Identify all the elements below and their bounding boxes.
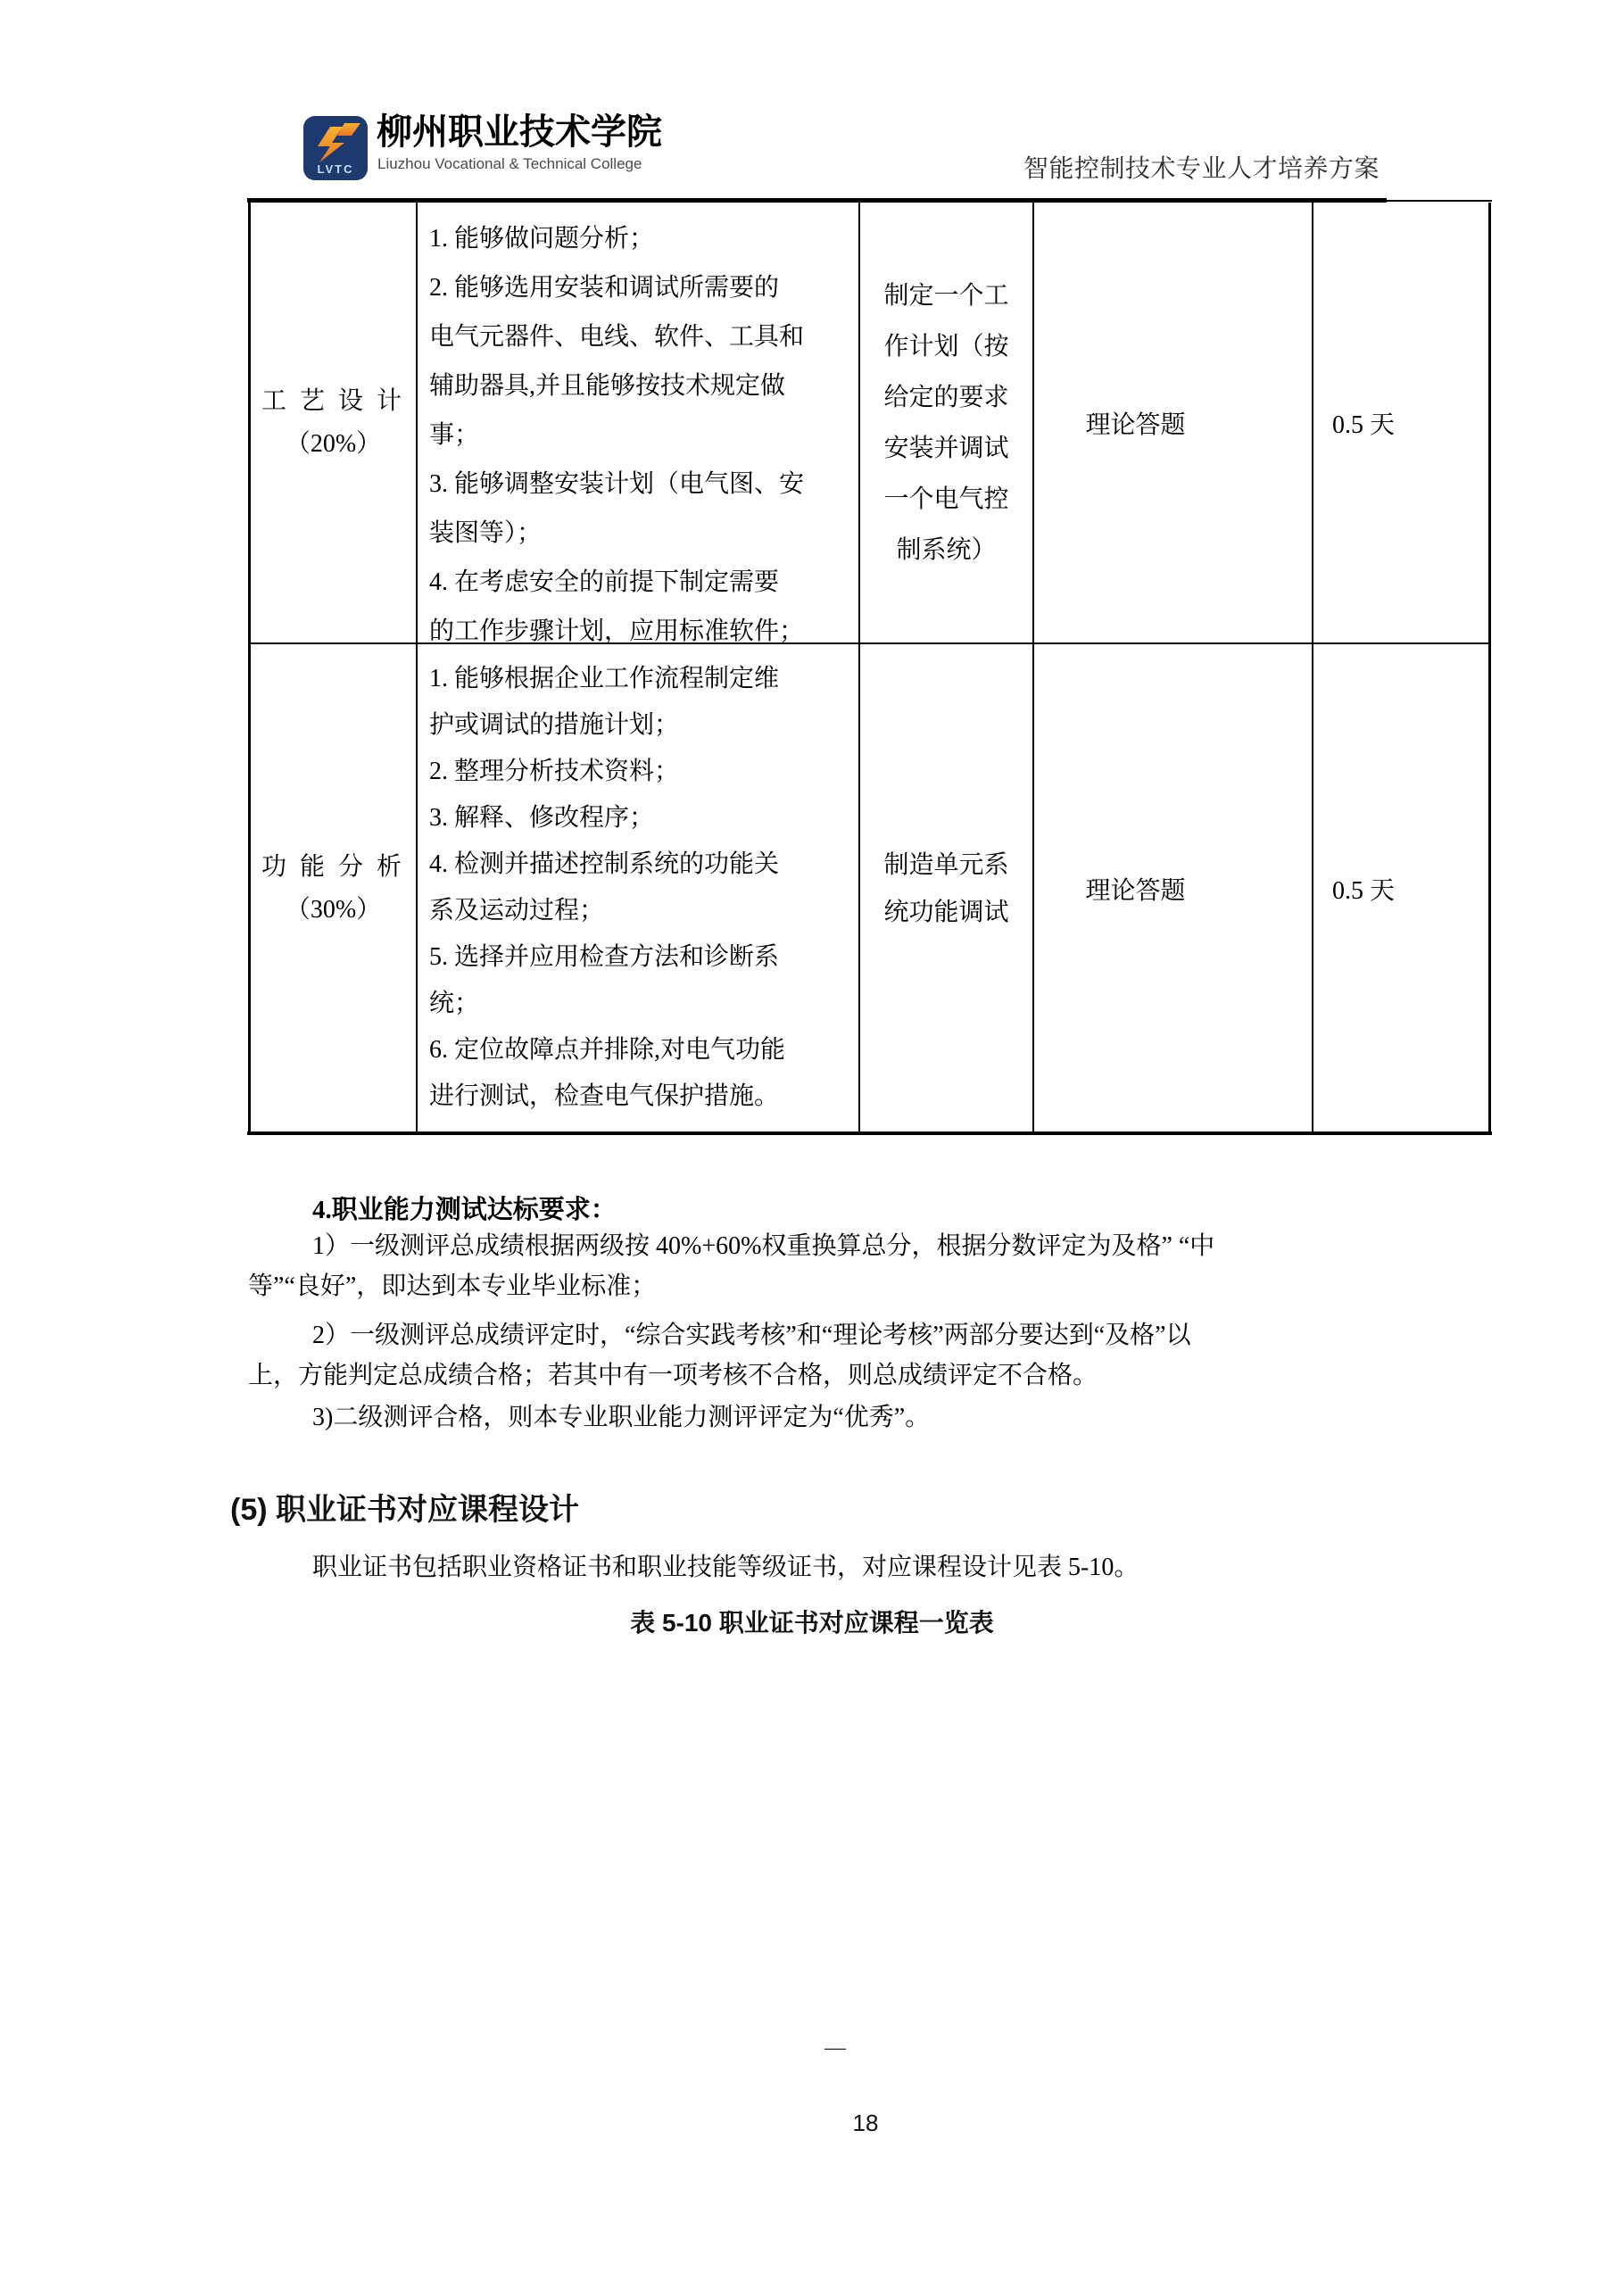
cell-duration-row2: 0.5 天 [1313, 644, 1491, 1133]
table-bottom-border [247, 1131, 1492, 1135]
cell-method-row2: 理论答题 [1034, 644, 1313, 1133]
method-label: 理论答题 [1085, 871, 1185, 907]
criteria-line: 1. 能够做问题分析； [429, 214, 851, 263]
footnote-separator-dash: — [824, 2036, 846, 2060]
criteria-line: 2. 整理分析技术资料； [429, 749, 851, 795]
criteria-line: 装图等）； [429, 509, 851, 558]
task-line: 作计划（按 [883, 321, 1008, 372]
task-line: 统功能调试 [883, 889, 1008, 936]
criteria-line: 1. 能够根据企业工作流程制定维 [429, 656, 851, 702]
logo-abbr-text: LVTC [318, 162, 354, 176]
document-header-title: 智能控制技术专业人才培养方案 [1023, 149, 1380, 185]
module-name: 功 能 分 析 [261, 846, 405, 889]
cell-task-row1: 制定一个工 作计划（按 给定的要求 安装并调试 一个电气控 制系统） [860, 203, 1034, 644]
criteria-line: 统； [429, 981, 851, 1027]
module-weight: （30%） [286, 889, 381, 932]
task-line: 制定一个工 [883, 270, 1008, 321]
criteria-line: 系及运动过程； [429, 888, 851, 934]
criteria-line: 的工作步骤计划，应用标准软件； [429, 607, 851, 644]
task-line: 制系统） [896, 525, 996, 576]
cell-criteria-row1: 1. 能够做问题分析； 2. 能够选用安装和调试所需要的 电气元器件、电线、软件… [418, 203, 860, 644]
cell-task-row2: 制造单元系 统功能调试 [860, 644, 1034, 1133]
task-line: 给定的要求 [883, 372, 1008, 423]
paragraph-line: 1）一级测评总成绩根据两级按 40%+60%权重换算总分，根据分数评定为及格” … [312, 1231, 1214, 1263]
criteria-line: 6. 定位故障点并排除,对电气功能 [429, 1027, 851, 1073]
table-top-border-thin [1385, 200, 1492, 202]
task-line: 一个电气控 [883, 474, 1008, 525]
criteria-line: 辅助器具,并且能够按技术规定做 [429, 361, 851, 410]
section5-body: 职业证书包括职业资格证书和职业技能等级证书，对应课程设计见表 5-10。 [312, 1547, 1139, 1583]
criteria-line: 3. 能够调整安装计划（电气图、安 [429, 460, 851, 509]
criteria-line: 5. 选择并应用检查方法和诊断系 [429, 934, 851, 981]
school-name-chinese: 柳州职业技术学院 [377, 107, 662, 157]
duration-label: 0.5 天 [1332, 871, 1395, 907]
lvtc-logo-icon: LVTC [303, 116, 368, 180]
criteria-line: 护或调试的措施计划； [429, 702, 851, 749]
cell-criteria-row2: 1. 能够根据企业工作流程制定维 护或调试的措施计划； 2. 整理分析技术资料；… [418, 644, 860, 1133]
paragraph-line: 3)二级测评合格，则本专业职业能力测评评定为“优秀”。 [312, 1402, 930, 1434]
cell-method-row1: 理论答题 [1034, 203, 1313, 644]
table-5-10-caption: 表 5-10 职业证书对应课程一览表 [0, 1604, 1624, 1639]
table-top-border-thick [247, 198, 1387, 203]
page-number: 18 [839, 2110, 892, 2137]
criteria-line: 4. 在考虑安全的前提下制定需要 [429, 558, 851, 607]
paragraph-line: 等”“良好”，即达到本专业毕业标准； [248, 1271, 656, 1303]
criteria-line: 4. 检测并描述控制系统的功能关 [429, 841, 851, 888]
task-line: 制造单元系 [883, 841, 1008, 889]
document-page: LVTC 柳州职业技术学院 Liuzhou Vocational & Techn… [0, 0, 1624, 2296]
school-name-english: Liuzhou Vocational & Technical College [377, 155, 642, 173]
task-line: 安装并调试 [883, 423, 1008, 474]
cell-module-row1: 工 艺 设 计 （20%） [248, 203, 418, 644]
paragraph-line: 2）一级测评总成绩评定时，“综合实践考核”和“理论考核”两部分要达到“及格”以 [312, 1320, 1191, 1352]
cell-module-row2: 功 能 分 析 （30%） [248, 644, 418, 1133]
cell-duration-row1: 0.5 天 [1313, 203, 1491, 644]
criteria-line: 进行测试，检查电气保护措施。 [429, 1073, 851, 1120]
assessment-table: 工 艺 设 计 （20%） 1. 能够做问题分析； 2. 能够选用安装和调试所需… [248, 203, 1491, 1133]
criteria-line: 电气元器件、电线、软件、工具和 [429, 312, 851, 361]
criteria-line: 3. 解释、修改程序； [429, 795, 851, 841]
section5-heading: (5) 职业证书对应课程设计 [230, 1485, 579, 1529]
duration-label: 0.5 天 [1332, 405, 1395, 441]
method-label: 理论答题 [1085, 405, 1185, 441]
module-name: 工 艺 设 计 [261, 380, 405, 423]
criteria-line: 事； [429, 410, 851, 460]
paragraph-line: 上，方能判定总成绩合格；若其中有一项考核不合格，则总成绩评定不合格。 [248, 1360, 1098, 1392]
criteria-line: 2. 能够选用安装和调试所需要的 [429, 263, 851, 312]
module-weight: （20%） [286, 423, 381, 466]
section4-heading: 4.职业能力测试达标要求： [312, 1189, 617, 1226]
